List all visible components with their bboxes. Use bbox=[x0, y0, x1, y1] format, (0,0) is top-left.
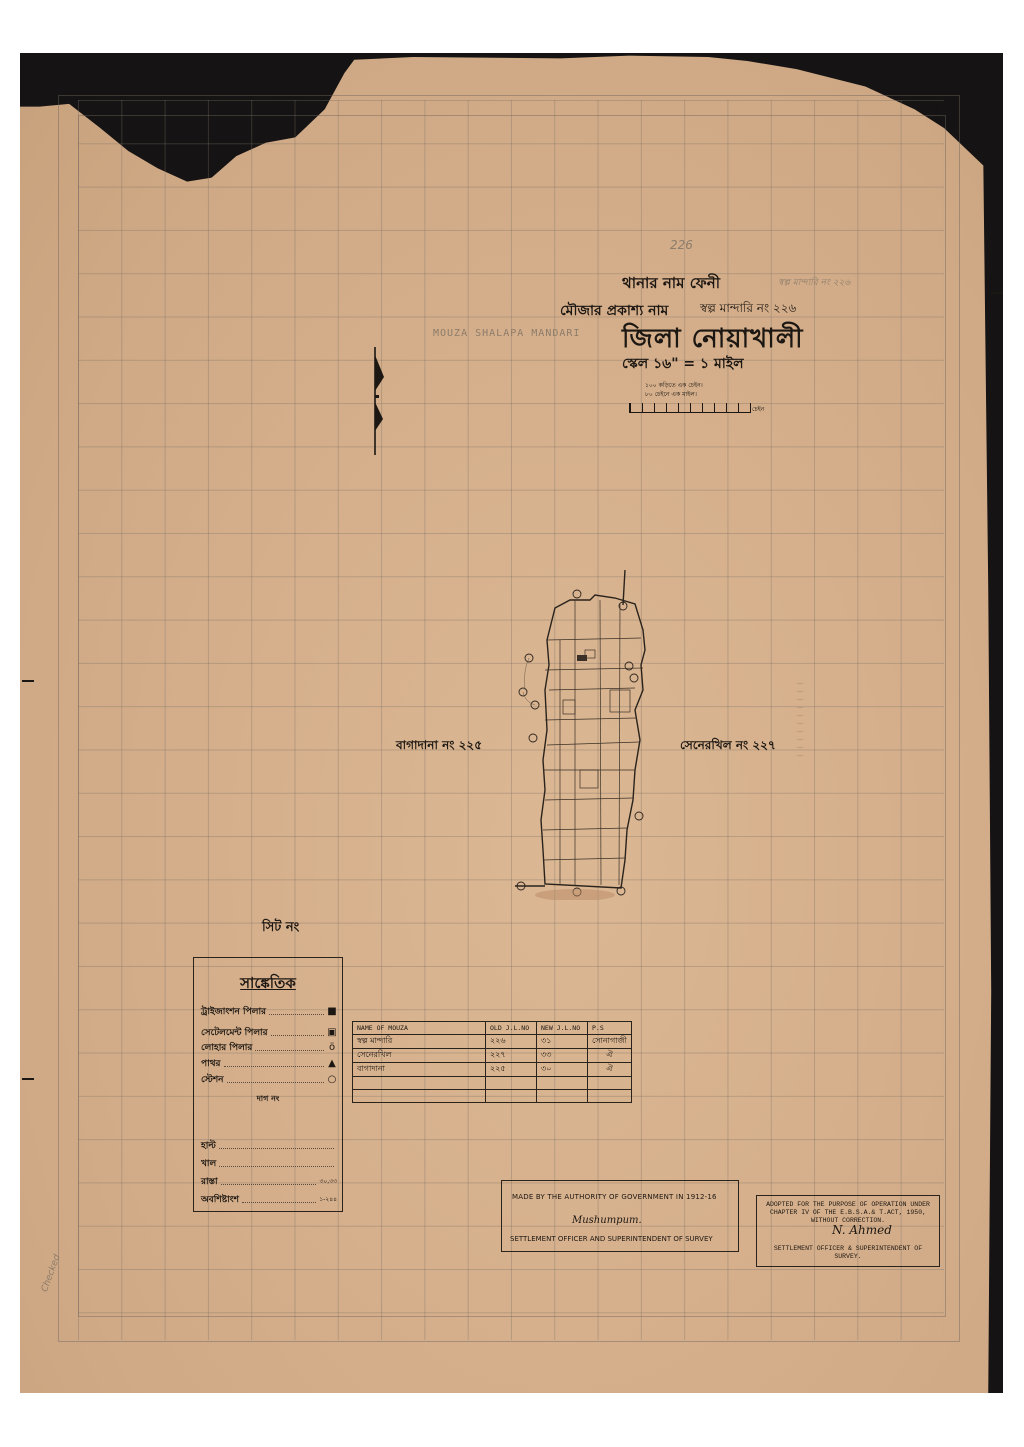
legend-item-label: লোহার পিলার bbox=[201, 1040, 252, 1055]
column-header: NEW J.L.NO bbox=[537, 1022, 588, 1035]
scale-note-2: ৮০ চেইনে এক মাইল। bbox=[645, 390, 703, 399]
table-row: সেনেরখিল ২২৭ ৩৩ ঐ bbox=[353, 1049, 632, 1063]
count-label: রাস্তা bbox=[201, 1174, 218, 1189]
edge-tick bbox=[991, 292, 1003, 294]
side-plot-list: –––––––––––––––––––– bbox=[785, 680, 815, 760]
iron-pillar-icon: ö bbox=[327, 1042, 337, 1053]
table-cell: ২২৬ bbox=[486, 1035, 537, 1049]
scale-bar-unit: চেইন bbox=[752, 404, 764, 415]
filled-square-icon: ■ bbox=[327, 1006, 337, 1017]
north-arrow-icon bbox=[372, 347, 386, 455]
legend-item: ট্রাইজাংশন পিলার ■ bbox=[201, 1004, 337, 1019]
column-header: P.S bbox=[588, 1022, 632, 1035]
mouza-plot-map bbox=[515, 570, 665, 900]
handwritten-note: স্বল্প মান্দারি নং ২২৬ bbox=[778, 275, 850, 290]
adjacent-mouza-west: বাগাদানা নং ২২৫ bbox=[396, 737, 482, 757]
table-cell: স্বল্প মান্দারি bbox=[353, 1035, 486, 1049]
count-label: হাল্ট bbox=[201, 1138, 216, 1153]
thana-name: থানার নাম ফেনী bbox=[622, 272, 720, 297]
scale-note-1: ১০০ কড়িতে এক চেইন। bbox=[645, 381, 703, 390]
authority-title: SETTLEMENT OFFICER AND SUPERINTENDENT OF… bbox=[510, 1235, 713, 1243]
table-row bbox=[353, 1090, 632, 1103]
legend-count-row: হাল্ট bbox=[201, 1138, 337, 1153]
count-label: খাল bbox=[201, 1156, 216, 1171]
adopted-text: ADOPTED FOR THE PURPOSE OF OPERATION UND… bbox=[759, 1201, 937, 1225]
legend-item-label: স্টেশন bbox=[201, 1072, 224, 1087]
table-cell: সেনেরখিল bbox=[353, 1049, 486, 1063]
edge-tick bbox=[22, 1078, 34, 1080]
authority-box: MADE BY THE AUTHORITY OF GOVERNMENT IN 1… bbox=[501, 1180, 739, 1252]
table-cell: সোনাগাজী bbox=[588, 1035, 632, 1049]
scale-bar bbox=[629, 403, 751, 413]
legend-item-label: পাথর bbox=[201, 1056, 221, 1071]
legend-count-row: অবশিষ্টাংশ ১-২৪৪ bbox=[201, 1192, 337, 1207]
legend-item: স্টেশন ○ bbox=[201, 1072, 337, 1087]
square-in-square-icon: ▣ bbox=[327, 1027, 337, 1038]
legend-title: সাঙ্কেতিক bbox=[194, 972, 342, 997]
legend-item-label: সেটেলমেন্ট পিলার bbox=[201, 1025, 268, 1040]
sheet-number-pencil: 226 bbox=[670, 238, 693, 252]
table-cell: ২২৭ bbox=[486, 1049, 537, 1063]
count-value: ১-২৪৪ bbox=[319, 1194, 337, 1205]
table-cell: ঐ bbox=[588, 1049, 632, 1063]
scale-notes: ১০০ কড়িতে এক চেইন। ৮০ চেইনে এক মাইল। bbox=[645, 381, 703, 399]
legend-count-row: রাস্তা ৩০,৩৩ bbox=[201, 1174, 337, 1189]
signature: N. Ahmed bbox=[832, 1226, 892, 1234]
legend-item: লোহার পিলার ö bbox=[201, 1040, 337, 1055]
adjacent-mouza-east: সেনেরখিল নং ২২৭ bbox=[680, 737, 776, 757]
legend-box: সাঙ্কেতিক ট্রাইজাংশন পিলার ■ সেটেলমেন্ট … bbox=[193, 957, 343, 1212]
legend-subtitle: দাগ নং bbox=[194, 1093, 342, 1106]
legend-item: পাথর ▲ bbox=[201, 1056, 337, 1071]
table-header-row: NAME OF MOUZA OLD J.L.NO NEW J.L.NO P.S bbox=[353, 1022, 632, 1035]
table-row: স্বল্প মান্দারি ২২৬ ৩১ সোনাগাজী bbox=[353, 1035, 632, 1049]
circle-icon: ○ bbox=[327, 1074, 337, 1085]
sheet-number-label: সিট নং bbox=[262, 918, 299, 939]
legend-item: সেটেলমেন্ট পিলার ▣ bbox=[201, 1025, 337, 1040]
count-label: অবশিষ্টাংশ bbox=[201, 1192, 239, 1207]
table-row: বাগাদানা ২২৫ ৩০ ঐ bbox=[353, 1063, 632, 1077]
legend-item-label: ট্রাইজাংশন পিলার bbox=[201, 1004, 266, 1019]
column-header: NAME OF MOUZA bbox=[353, 1022, 486, 1035]
authority-line: MADE BY THE AUTHORITY OF GOVERNMENT IN 1… bbox=[512, 1193, 717, 1201]
column-header: OLD J.L.NO bbox=[486, 1022, 537, 1035]
signature: Mushumpum. bbox=[572, 1215, 642, 1226]
adopted-footer: SETTLEMENT OFFICER & SUPERINTENDENT OF S… bbox=[759, 1245, 937, 1261]
table-cell: ৩১ bbox=[537, 1035, 588, 1049]
mouza-name: স্বল্প মান্দারি নং ২২৬ bbox=[700, 300, 796, 320]
jl-number-table: NAME OF MOUZA OLD J.L.NO NEW J.L.NO P.S … bbox=[352, 1021, 632, 1103]
adopted-stamp: ADOPTED FOR THE PURPOSE OF OPERATION UND… bbox=[756, 1195, 940, 1267]
mouza-english-name: MOUZA SHALAPA MANDARI bbox=[433, 328, 580, 339]
table-cell: ঐ bbox=[588, 1063, 632, 1077]
table-cell: ৩০ bbox=[537, 1063, 588, 1077]
count-value: ৩০,৩৩ bbox=[319, 1176, 337, 1187]
scale-text: স্কেল ১৬" = ১ মাইল bbox=[622, 352, 744, 376]
legend-count-row: খাল bbox=[201, 1156, 337, 1171]
table-cell: ২২৫ bbox=[486, 1063, 537, 1077]
edge-tick bbox=[22, 680, 34, 682]
table-cell: বাগাদানা bbox=[353, 1063, 486, 1077]
table-cell: ৩৩ bbox=[537, 1049, 588, 1063]
table-row bbox=[353, 1077, 632, 1090]
triangle-icon: ▲ bbox=[327, 1058, 337, 1069]
